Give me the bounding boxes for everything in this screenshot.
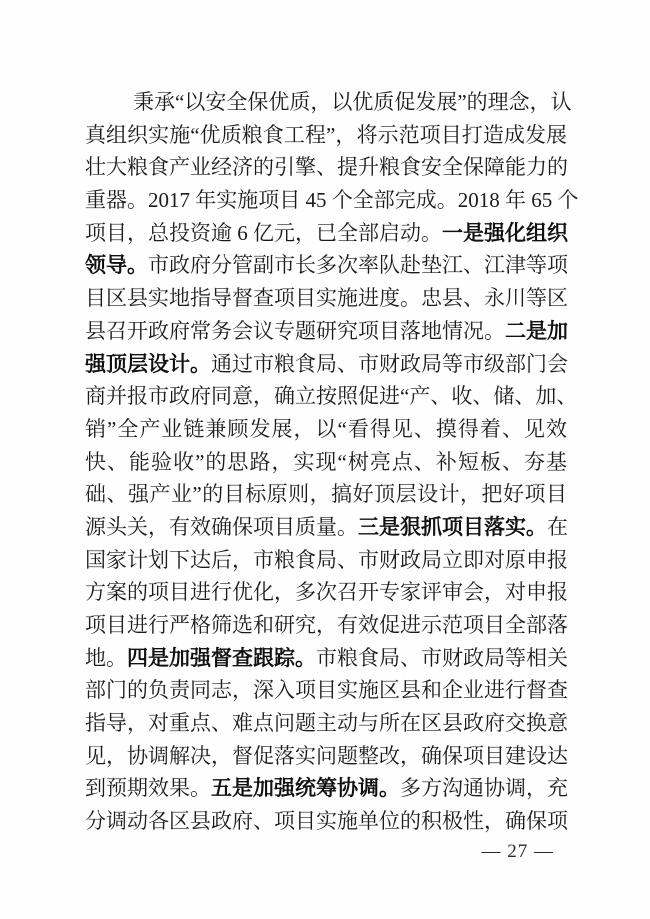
- text-segment: 市粮食局、市财政局等相关: [316, 646, 568, 670]
- text-line: 础、强产业”的目标原则，搞好顶层设计，把好项目: [85, 478, 567, 511]
- text-line: 部门的负责同志，深入项目实施区县和企业进行督查: [85, 674, 567, 707]
- text-segment: 重器。2017 年实施项目 45 个全部完成。2018 年 65 个: [85, 188, 579, 212]
- text-segment: 部门的负责同志，深入项目实施区县和企业进行督查: [85, 678, 568, 702]
- text-segment: 市政府分管副市长多次率队赴垫江、江津等项: [148, 253, 568, 277]
- bold-text-segment: 领导。: [85, 253, 148, 277]
- body-text: 秉承“以安全保优质，以优质促发展”的理念，认真组织实施“优质粮食工程”，将示范项…: [85, 86, 567, 838]
- text-segment: 目区县实地指导督查项目实施进度。忠县、永川等区: [85, 286, 568, 310]
- text-line: 销”全产业链兼顾发展，以“看得见、摸得着、见效: [85, 413, 567, 446]
- text-line: 见，协调解决，督促落实问题整改，确保项目建设达: [85, 740, 567, 773]
- text-line: 重器。2017 年实施项目 45 个全部完成。2018 年 65 个: [85, 184, 567, 217]
- text-line: 秉承“以安全保优质，以优质促发展”的理念，认: [85, 86, 567, 119]
- text-line: 指导，对重点、难点问题主动与所在区县政府交换意: [85, 707, 567, 740]
- text-segment: 销”全产业链兼顾发展，以“看得见、摸得着、见效: [85, 417, 567, 441]
- page-number: — 27 —: [482, 841, 555, 863]
- text-line: 国家计划下达后，市粮食局、市财政局立即对原申报: [85, 544, 567, 577]
- text-segment: 县召开政府常务会议专题研究项目落地情况。: [85, 319, 505, 343]
- text-segment: 通过市粮食局、市财政局等市级部门会: [211, 352, 568, 376]
- text-segment: 快、能验收”的思路，实现“树亮点、补短板、夯基: [85, 450, 567, 474]
- text-segment: 项目进行严格筛选和研究，有效促进示范项目全部落: [85, 613, 568, 637]
- text-line: 项目，总投资逾 6 亿元，已全部启动。一是强化组织: [85, 217, 567, 250]
- text-segment: 在: [547, 515, 568, 539]
- document-page: 秉承“以安全保优质，以优质促发展”的理念，认真组织实施“优质粮食工程”，将示范项…: [0, 0, 650, 919]
- text-line: 分调动各区县政府、项目实施单位的积极性，确保项: [85, 805, 567, 838]
- text-segment: 壮大粮食产业经济的引擎、提升粮食安全保障能力的: [85, 155, 568, 179]
- bold-text-segment: 四是加强督查跟踪。: [127, 646, 316, 670]
- bold-text-segment: 强顶层设计。: [85, 352, 211, 376]
- text-line: 商并报市政府同意，确立按照促进“产、收、储、加、: [85, 380, 567, 413]
- text-segment: 真组织实施“优质粮食工程”，将示范项目打造成发展: [85, 123, 567, 147]
- text-segment: 分调动各区县政府、项目实施单位的积极性，确保项: [85, 809, 568, 833]
- text-line: 真组织实施“优质粮食工程”，将示范项目打造成发展: [85, 119, 567, 152]
- text-line: 领导。市政府分管副市长多次率队赴垫江、江津等项: [85, 249, 567, 282]
- text-line: 县召开政府常务会议专题研究项目落地情况。二是加: [85, 315, 567, 348]
- text-line: 强顶层设计。通过市粮食局、市财政局等市级部门会: [85, 348, 567, 381]
- text-segment: 见，协调解决，督促落实问题整改，确保项目建设达: [85, 744, 568, 768]
- bold-text-segment: 二是加: [505, 319, 568, 343]
- text-segment: 地。: [85, 646, 127, 670]
- text-segment: 源头关，有效确保项目质量。: [85, 515, 358, 539]
- text-line: 快、能验收”的思路，实现“树亮点、补短板、夯基: [85, 446, 567, 479]
- text-segment: 秉承“以安全保优质，以优质促发展”的理念，认: [133, 90, 572, 114]
- text-line: 地。四是加强督查跟踪。市粮食局、市财政局等相关: [85, 642, 567, 675]
- text-line: 源头关，有效确保项目质量。三是狠抓项目落实。在: [85, 511, 567, 544]
- text-segment: 项目，总投资逾 6 亿元，已全部启动。: [85, 221, 442, 245]
- bold-text-segment: 一是强化组织: [442, 221, 568, 245]
- text-segment: 多方沟通协调，充: [400, 776, 568, 800]
- text-segment: 方案的项目进行优化，多次召开专家评审会，对申报: [85, 580, 568, 604]
- text-segment: 础、强产业”的目标原则，搞好顶层设计，把好项目: [85, 482, 567, 506]
- text-segment: 商并报市政府同意，确立按照促进“产、收、储、加、: [85, 384, 577, 408]
- bold-text-segment: 五是加强统筹协调。: [211, 776, 400, 800]
- text-segment: 到预期效果。: [85, 776, 211, 800]
- text-segment: 指导，对重点、难点问题主动与所在区县政府交换意: [85, 711, 568, 735]
- text-line: 壮大粮食产业经济的引擎、提升粮食安全保障能力的: [85, 151, 567, 184]
- text-line: 方案的项目进行优化，多次召开专家评审会，对申报: [85, 576, 567, 609]
- text-line: 到预期效果。五是加强统筹协调。多方沟通协调，充: [85, 772, 567, 805]
- bold-text-segment: 三是狠抓项目落实。: [358, 515, 547, 539]
- text-segment: 国家计划下达后，市粮食局、市财政局立即对原申报: [85, 548, 568, 572]
- text-line: 目区县实地指导督查项目实施进度。忠县、永川等区: [85, 282, 567, 315]
- text-line: 项目进行严格筛选和研究，有效促进示范项目全部落: [85, 609, 567, 642]
